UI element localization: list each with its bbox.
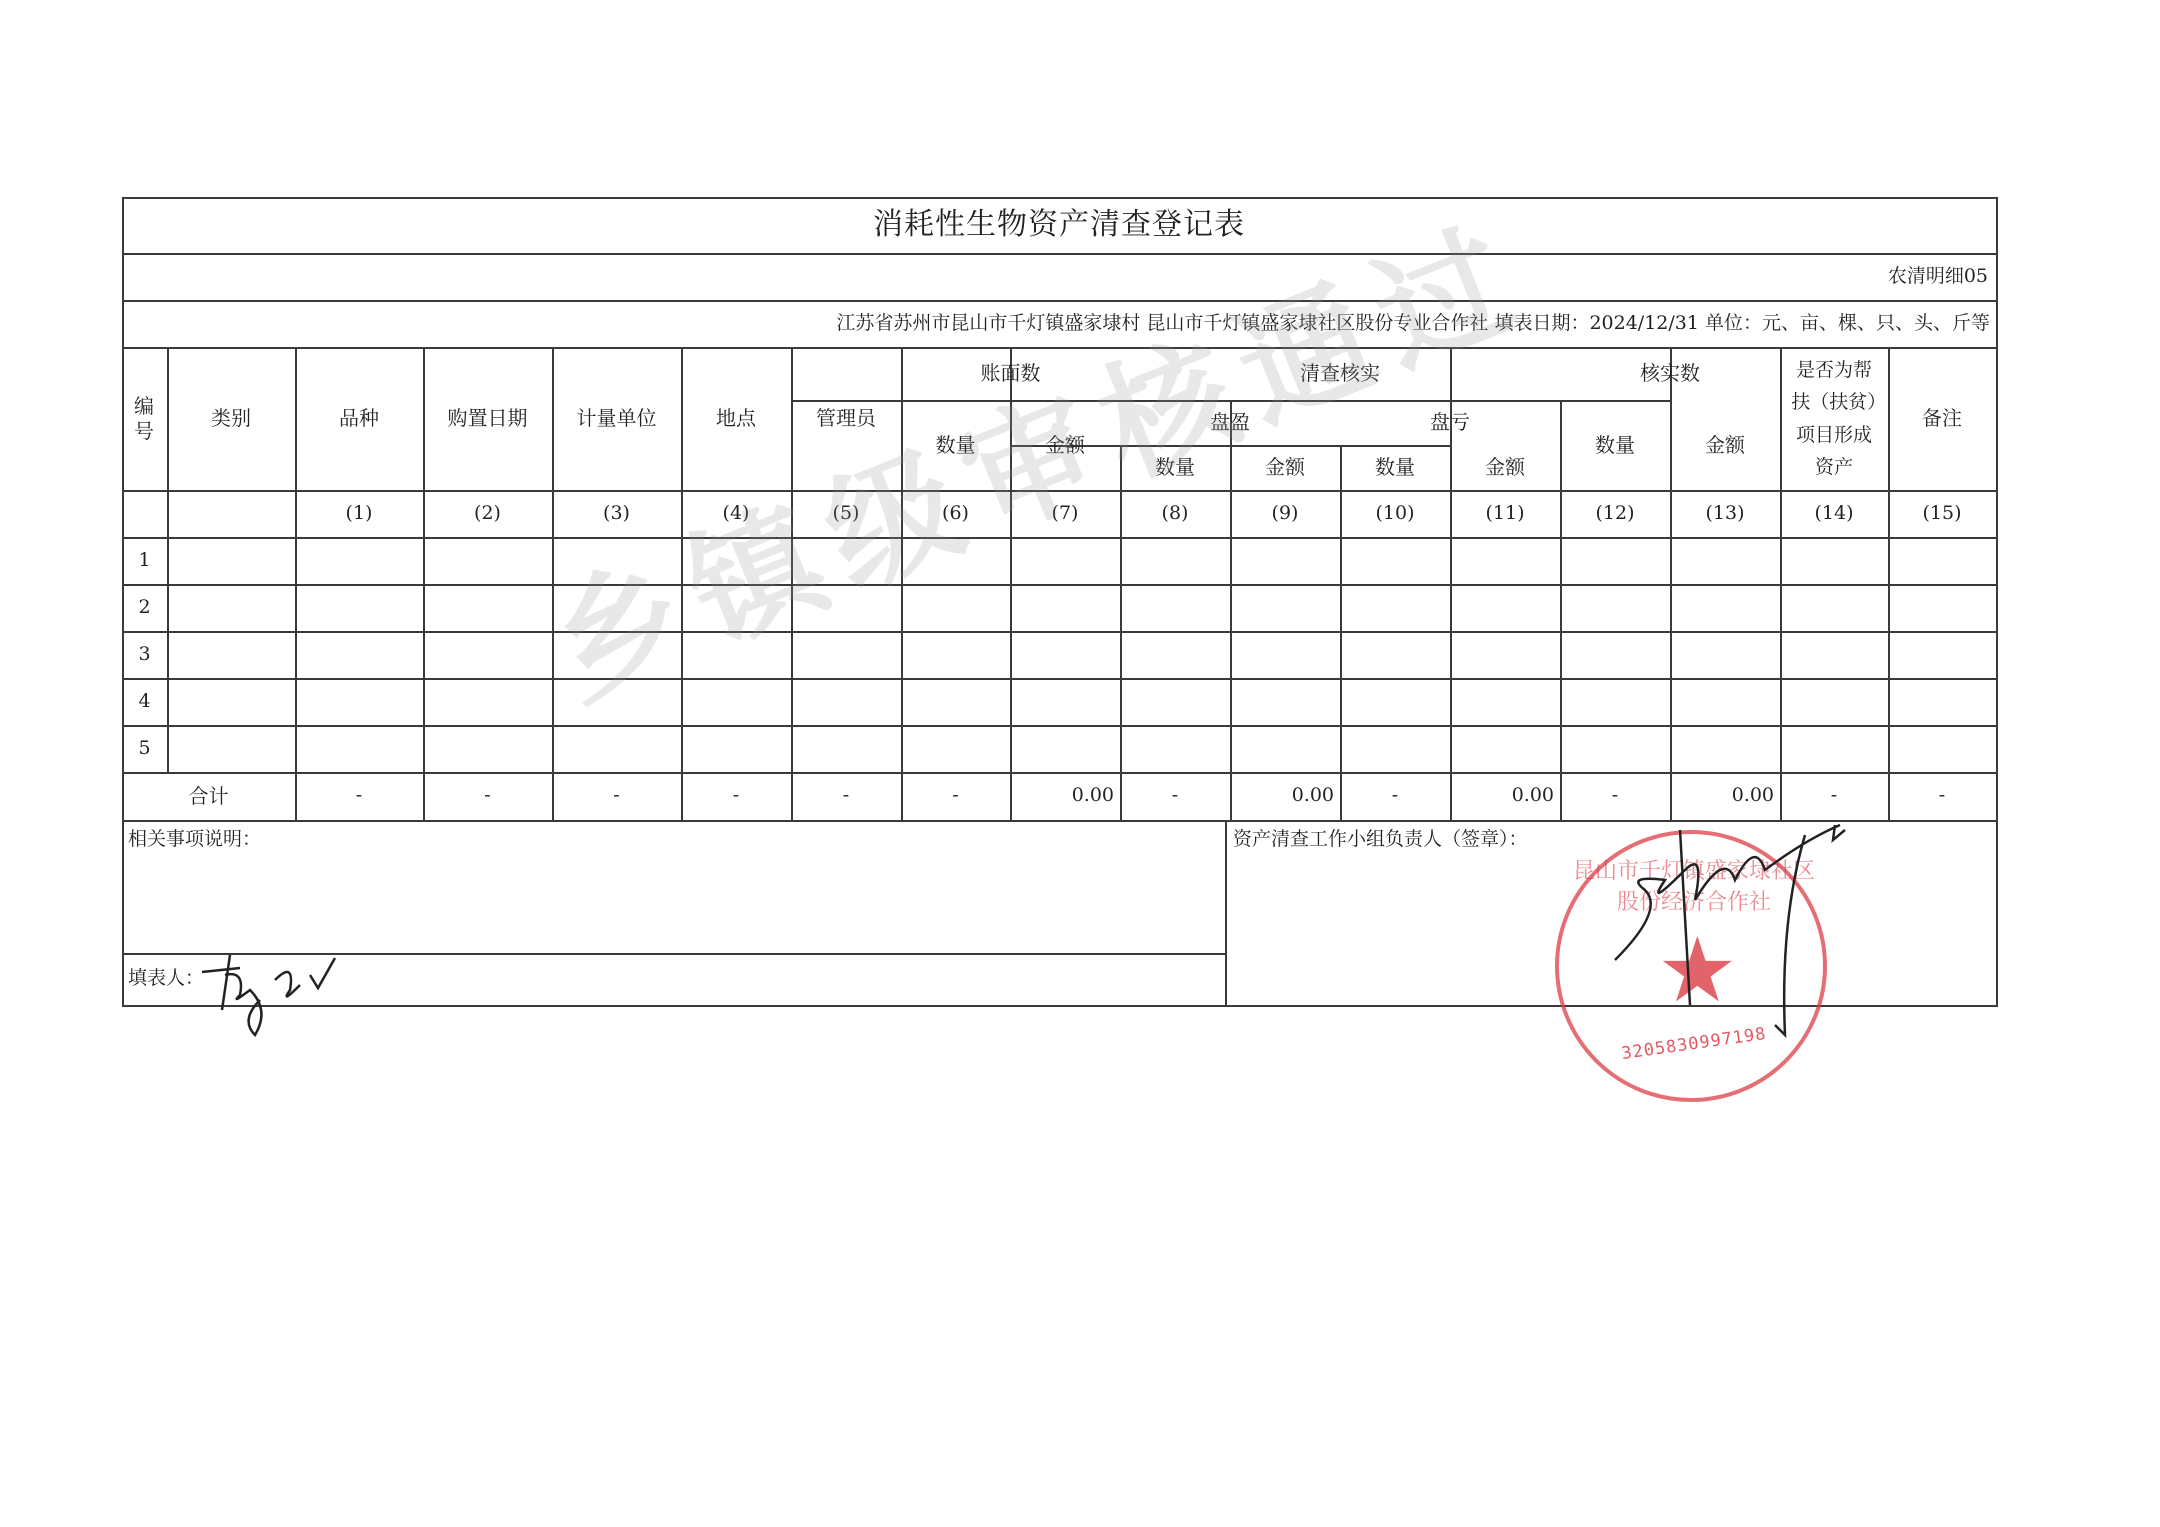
total-value: 0.00	[1450, 772, 1554, 820]
row-number: 2	[122, 584, 167, 631]
table-cell[interactable]	[1230, 584, 1340, 631]
table-cell[interactable]	[1450, 631, 1560, 678]
total-value: -	[1888, 772, 1996, 820]
total-value: -	[552, 772, 681, 820]
table-cell[interactable]	[1230, 537, 1340, 584]
table-cell[interactable]	[1888, 725, 1996, 772]
table-cell[interactable]	[552, 678, 681, 725]
notes-field[interactable]	[128, 860, 1215, 947]
header-verified-group: 核实数	[1560, 347, 1780, 400]
header-unit: 计量单位	[552, 347, 681, 490]
table-cell[interactable]	[901, 584, 1010, 631]
table-cell[interactable]	[1230, 678, 1340, 725]
table-cell[interactable]	[791, 631, 901, 678]
total-value: -	[791, 772, 901, 820]
header-variety: 品种	[295, 347, 423, 490]
table-cell[interactable]	[295, 584, 423, 631]
header-verified-qty: 数量	[1560, 400, 1670, 490]
table-cell[interactable]	[167, 584, 295, 631]
table-cell[interactable]	[1670, 725, 1780, 772]
table-cell[interactable]	[1450, 725, 1560, 772]
header-poverty-asset: 是否为帮扶（扶贫）项目形成资产	[1788, 347, 1880, 490]
table-cell[interactable]	[901, 537, 1010, 584]
header-location: 地点	[681, 347, 791, 490]
header-surplus-qty: 数量	[1120, 445, 1230, 490]
header-manager: 管理员	[791, 347, 901, 490]
header-index: 编号	[132, 347, 156, 490]
table-cell[interactable]	[1888, 678, 1996, 725]
asset-inventory-form: 消耗性生物资产清查登记表农清明细05江苏省苏州市昆山市千灯镇盛家埭村 昆山市千灯…	[0, 0, 2160, 1527]
merged-cell-mask	[166, 774, 171, 820]
column-number-11: (11)	[1450, 490, 1560, 537]
table-cell[interactable]	[901, 725, 1010, 772]
table-cell[interactable]	[1010, 631, 1120, 678]
table-cell[interactable]	[1888, 584, 1996, 631]
table-cell[interactable]	[1230, 631, 1340, 678]
table-cell[interactable]	[791, 678, 901, 725]
notes-label: 相关事项说明：	[128, 824, 700, 856]
table-cell[interactable]	[1340, 725, 1450, 772]
table-cell[interactable]	[1120, 678, 1230, 725]
total-value: -	[681, 772, 791, 820]
table-cell[interactable]	[552, 584, 681, 631]
table-cell[interactable]	[1780, 584, 1888, 631]
table-cell[interactable]	[552, 631, 681, 678]
table-cell[interactable]	[423, 678, 552, 725]
header-book-amount: 金额	[1010, 400, 1120, 490]
table-right-border	[1996, 197, 1998, 1007]
table-cell[interactable]	[1450, 584, 1560, 631]
header-book-group: 账面数	[901, 347, 1120, 400]
header-category: 类别	[167, 347, 295, 490]
table-cell[interactable]	[295, 631, 423, 678]
table-cell[interactable]	[1670, 537, 1780, 584]
column-number-7: (7)	[1010, 490, 1120, 537]
table-cell[interactable]	[1340, 584, 1450, 631]
header-book-qty: 数量	[901, 400, 1010, 490]
table-cell[interactable]	[167, 631, 295, 678]
table-cell[interactable]	[1340, 678, 1450, 725]
header-loss-amount: 金额	[1450, 445, 1560, 490]
total-value: -	[901, 772, 1010, 820]
table-cell[interactable]	[1010, 584, 1120, 631]
table-cell[interactable]	[1010, 678, 1120, 725]
table-cell[interactable]	[901, 631, 1010, 678]
column-number-10: (10)	[1340, 490, 1450, 537]
table-cell[interactable]	[1670, 584, 1780, 631]
table-cell[interactable]	[1670, 678, 1780, 725]
total-label: 合计	[122, 772, 295, 820]
table-cell[interactable]	[423, 584, 552, 631]
table-cell[interactable]	[681, 631, 791, 678]
total-value: -	[1780, 772, 1888, 820]
table-cell[interactable]	[295, 537, 423, 584]
preparer-signature	[200, 950, 370, 1040]
table-cell[interactable]	[681, 678, 791, 725]
column-number-6: (6)	[901, 490, 1010, 537]
header-verify-group: 清查核实	[1120, 347, 1560, 400]
table-cell[interactable]	[1780, 678, 1888, 725]
total-value: 0.00	[1230, 772, 1334, 820]
footer-divider	[1225, 820, 1227, 1007]
total-value: -	[1340, 772, 1450, 820]
column-number-13: (13)	[1670, 490, 1780, 537]
table-cell[interactable]	[295, 678, 423, 725]
table-cell[interactable]	[681, 725, 791, 772]
table-cell[interactable]	[167, 537, 295, 584]
table-cell[interactable]	[1560, 584, 1670, 631]
table-cell[interactable]	[423, 631, 552, 678]
column-number-1: (1)	[295, 490, 423, 537]
header-surplus: 盘盈	[1120, 400, 1340, 445]
table-cell[interactable]	[1340, 631, 1450, 678]
total-value: -	[423, 772, 552, 820]
column-number-2: (2)	[423, 490, 552, 537]
table-cell[interactable]	[1888, 631, 1996, 678]
row-number: 1	[122, 537, 167, 584]
table-cell[interactable]	[791, 725, 901, 772]
table-cell[interactable]	[791, 537, 901, 584]
table-cell[interactable]	[423, 725, 552, 772]
total-value: -	[1560, 772, 1670, 820]
table-cell[interactable]	[167, 678, 295, 725]
header-loss-qty: 数量	[1340, 445, 1450, 490]
row-number: 5	[122, 725, 167, 772]
table-cell[interactable]	[1450, 537, 1560, 584]
table-cell[interactable]	[1560, 678, 1670, 725]
column-number-9: (9)	[1230, 490, 1340, 537]
row-number: 3	[122, 631, 167, 678]
table-cell[interactable]	[901, 678, 1010, 725]
table-cell[interactable]	[1888, 537, 1996, 584]
column-number-3: (3)	[552, 490, 681, 537]
table-cell[interactable]	[1010, 537, 1120, 584]
table-cell[interactable]	[1560, 725, 1670, 772]
table-cell[interactable]	[681, 537, 791, 584]
table-cell[interactable]	[1010, 725, 1120, 772]
total-value: 0.00	[1670, 772, 1774, 820]
total-value: -	[295, 772, 423, 820]
column-number-5: (5)	[791, 490, 901, 537]
table-cell[interactable]	[295, 725, 423, 772]
table-cell[interactable]	[1340, 537, 1450, 584]
total-value: -	[1120, 772, 1230, 820]
table-cell[interactable]	[552, 725, 681, 772]
form-info-line: 江苏省苏州市昆山市千灯镇盛家埭村 昆山市千灯镇盛家埭社区股份专业合作社 填表日期…	[122, 300, 1990, 347]
header-verified-amount: 金额	[1670, 400, 1780, 490]
form-title: 消耗性生物资产清查登记表	[122, 197, 1996, 253]
table-cell[interactable]	[552, 537, 681, 584]
table-cell[interactable]	[1120, 537, 1230, 584]
table-cell[interactable]	[1670, 631, 1780, 678]
column-number-4: (4)	[681, 490, 791, 537]
table-cell[interactable]	[1560, 631, 1670, 678]
column-number-12: (12)	[1560, 490, 1670, 537]
table-cell[interactable]	[1120, 584, 1230, 631]
table-cell[interactable]	[681, 584, 791, 631]
header-surplus-amount: 金额	[1230, 445, 1340, 490]
header-remark: 备注	[1888, 347, 1996, 490]
row-number: 4	[122, 678, 167, 725]
table-cell[interactable]	[1560, 537, 1670, 584]
form-code: 农清明细05	[122, 253, 1988, 300]
table-cell[interactable]	[1120, 631, 1230, 678]
table-cell[interactable]	[1780, 537, 1888, 584]
leader-signature	[1605, 820, 1865, 1050]
header-loss: 盘亏	[1340, 400, 1560, 445]
table-cell[interactable]	[791, 584, 901, 631]
column-number-14: (14)	[1780, 490, 1888, 537]
table-cell[interactable]	[1120, 725, 1230, 772]
header-purchase-date: 购置日期	[423, 347, 552, 490]
table-cell[interactable]	[1780, 725, 1888, 772]
table-cell[interactable]	[1230, 725, 1340, 772]
column-number-15: (15)	[1888, 490, 1996, 537]
table-cell[interactable]	[1780, 631, 1888, 678]
table-cell[interactable]	[1450, 678, 1560, 725]
column-number-8: (8)	[1120, 490, 1230, 537]
table-cell[interactable]	[167, 725, 295, 772]
table-cell[interactable]	[423, 537, 552, 584]
total-value: 0.00	[1010, 772, 1114, 820]
